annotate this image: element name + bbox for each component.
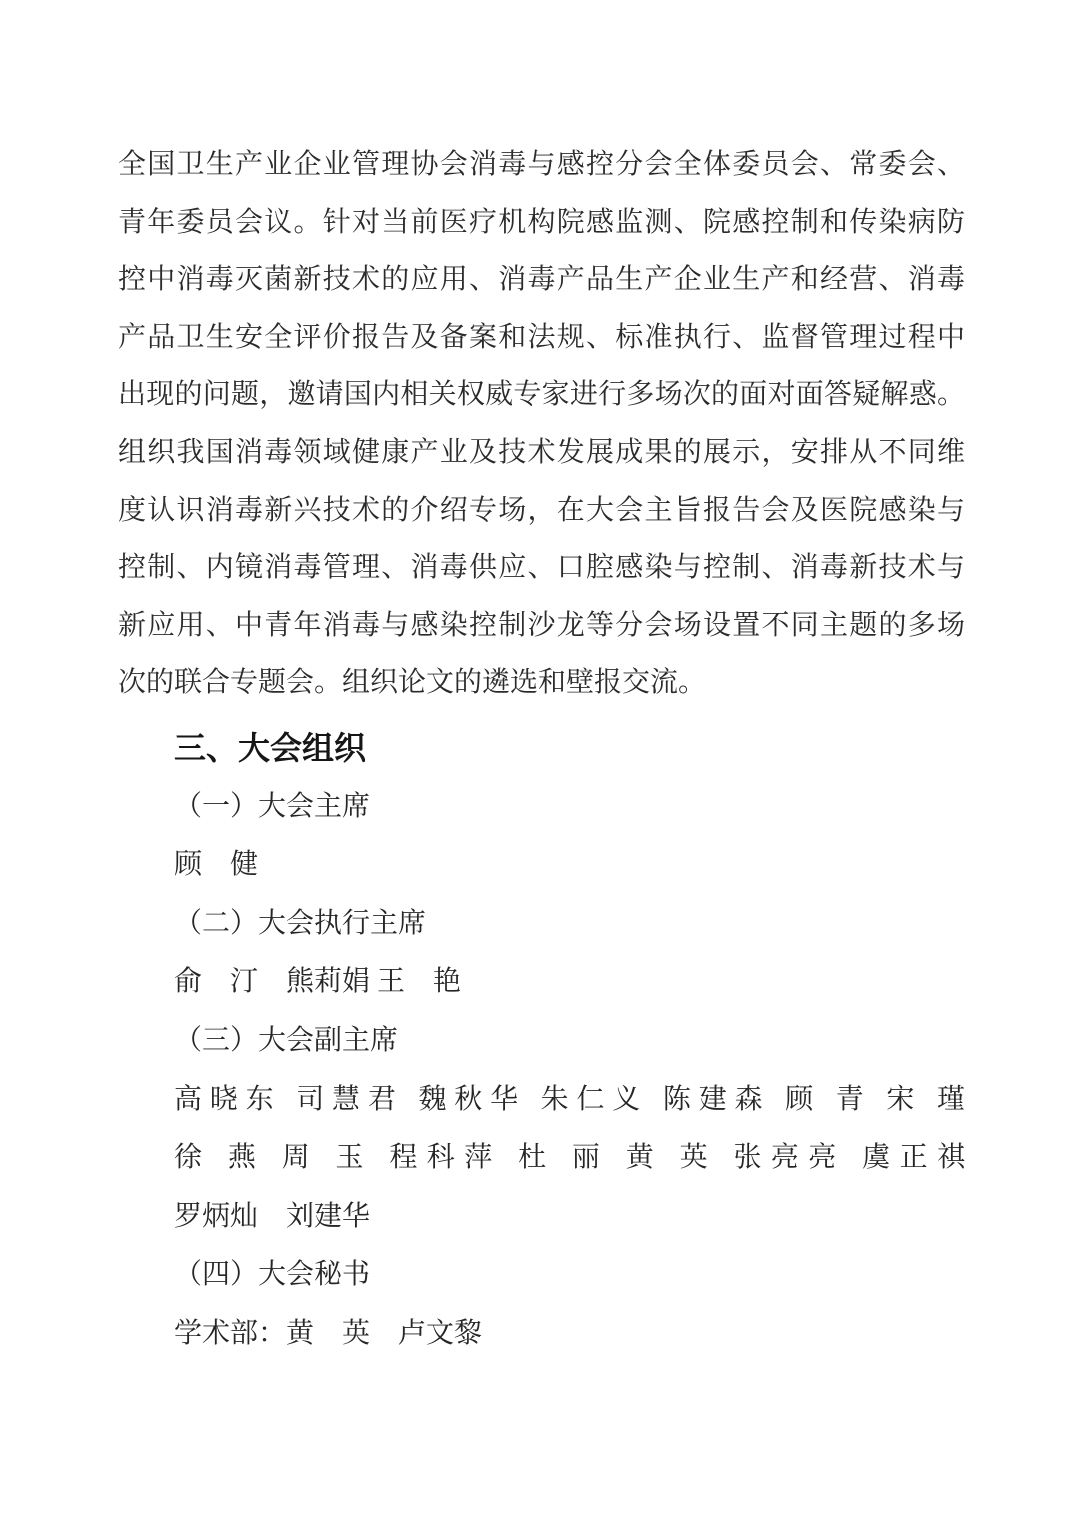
document-page: 全国卫生产业企业管理协会消毒与感控分会全体委员会、常委会、青年委员会议。针对当前… — [0, 0, 1080, 1527]
paragraph-line: 全国卫生产业企业管理协会消毒与感控分会全体委员会、常委会、 — [118, 136, 965, 194]
paragraph-line: 青年委员会议。针对当前医疗机构院感监测、院感控制和传染病防 — [118, 194, 965, 252]
section-heading: 三、大会组织 — [118, 719, 965, 778]
paragraph-line: 组织我国消毒领域健康产业及技术发展成果的展示，安排从不同维 — [118, 424, 965, 482]
subheading-secretary: （四）大会秘书 — [118, 1246, 965, 1305]
paragraph-line: 控中消毒灭菌新技术的应用、消毒产品生产企业生产和经营、消毒 — [118, 251, 965, 309]
names-vice-chairman-row2: 徐 燕 周 玉 程科萍 杜 丽 黄 英 张亮亮 虞正祺 — [118, 1129, 965, 1188]
paragraph-line: 产品卫生安全评价报告及备案和法规、标准执行、监督管理过程中 — [118, 309, 965, 367]
names-vice-chairman-row3: 罗炳灿 刘建华 — [118, 1188, 965, 1247]
paragraph-line: 次的联合专题会。组织论文的遴选和壁报交流。 — [118, 654, 965, 712]
paragraph-line: 出现的问题，邀请国内相关权威专家进行多场次的面对面答疑解惑。 — [118, 366, 965, 424]
paragraph-line: 新应用、中青年消毒与感染控制沙龙等分会场设置不同主题的多场 — [118, 597, 965, 655]
paragraph-line: 度认识消毒新兴技术的介绍专场，在大会主旨报告会及医院感染与 — [118, 482, 965, 540]
organization-section: 三、大会组织 （一）大会主席顾 健（二）大会执行主席俞 汀 熊莉娟 王 艳（三）… — [118, 719, 965, 1364]
names-secretary-academic: 学术部：黄 英 卢文黎 — [118, 1305, 965, 1364]
paragraph-line: 控制、内镜消毒管理、消毒供应、口腔感染与控制、消毒新技术与 — [118, 539, 965, 597]
names-executive-chairman: 俞 汀 熊莉娟 王 艳 — [118, 953, 965, 1012]
subheading-vice-chairman: （三）大会副主席 — [118, 1012, 965, 1071]
body-paragraph: 全国卫生产业企业管理协会消毒与感控分会全体委员会、常委会、青年委员会议。针对当前… — [118, 136, 965, 712]
names-vice-chairman-row1: 高晓东 司慧君 魏秋华 朱仁义 陈建森 顾 青 宋 瑾 — [118, 1071, 965, 1130]
subheading-executive-chairman: （二）大会执行主席 — [118, 895, 965, 954]
organization-lines: （一）大会主席顾 健（二）大会执行主席俞 汀 熊莉娟 王 艳（三）大会副主席高晓… — [118, 778, 965, 1364]
names-conference-chairman: 顾 健 — [118, 836, 965, 895]
subheading-conference-chairman: （一）大会主席 — [118, 778, 965, 837]
